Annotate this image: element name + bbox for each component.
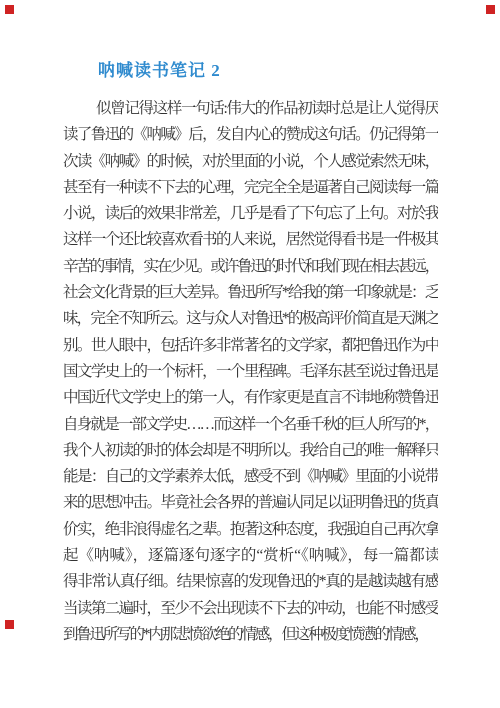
corner-mark-bottom-left-icon	[5, 620, 14, 629]
text-line: 当读第二遍时，至少不会出现读不下去的冲动，也能不时感受	[63, 596, 438, 622]
corner-mark-top-right-icon	[486, 5, 495, 14]
document-title: 呐喊读书笔记 2	[98, 56, 221, 81]
text-line: 得非常认真仔细。结果惊喜的发现鲁迅的*真的是越读越有感觉，	[63, 569, 438, 595]
text-line: 似曾记得这样一句话:伟大的作品初读时总是让人觉得厌烦。	[63, 96, 438, 122]
text-line: 甚至有一种读不下去的心理，完完全全是逼著自己阅读每一篇	[63, 175, 438, 201]
text-line: 小说，读后的效果非常差，几乎是看了下句忘了上句。对於我	[63, 201, 438, 227]
text-line: 味，完全不知所云。这与众人对鲁迅*的极高评价简直是天渊之	[63, 306, 438, 332]
text-line: 我个人初读的时的体会却是不明所以。我给自己的唯一解释只	[63, 438, 438, 464]
text-line: 辛苦的事情，实在少见。或许鲁迅的时代和我们现在相去甚远，	[63, 254, 438, 280]
text-line: 次读《呐喊》的时候，对於里面的小说，个人感觉索然无味，	[63, 149, 438, 175]
paragraph: 似曾记得这样一句话:伟大的作品初读时总是让人觉得厌烦。读了鲁迅的《呐喊》后，发自…	[63, 96, 438, 648]
text-line: 别。世人眼中，包括许多非常著名的文学家，都把鲁迅作为中	[63, 333, 438, 359]
text-line: 起《呐喊》，逐篇逐句逐字的“赏析“《呐喊》，每一篇都读	[63, 543, 438, 569]
text-line: 到鲁迅所写的*内那悲愤欲绝的情感，但这种极度愤懑的情感，	[63, 622, 438, 648]
text-line: 价实，绝非浪得虚名之辈。抱著这种态度，我强迫自己再次拿	[63, 517, 438, 543]
text-line: 自身就是一部文学史……而这样一个名垂千秋的巨人所写的*，	[63, 412, 438, 438]
text-line: 国文学史上的一个标杆，一个里程碑。毛泽东甚至说过鲁迅是	[63, 359, 438, 385]
document-page: 呐喊读书笔记 2 似曾记得这样一句话:伟大的作品初读时总是让人觉得厌烦。读了鲁迅…	[0, 0, 500, 708]
text-line: 社会文化背景的巨大差异。鲁迅所写*给我的第一印象就是：乏	[63, 280, 438, 306]
text-line: 来的思想冲击。毕竟社会各界的普遍认同足以证明鲁迅的货真	[63, 490, 438, 516]
text-line: 能是：自己的文学素养太低，感受不到《呐喊》里面的小说带	[63, 464, 438, 490]
text-line: 这样一个还比较喜欢看书的人来说，居然觉得看书是一件极其	[63, 227, 438, 253]
corner-mark-top-left-icon	[5, 5, 14, 14]
text-line: 中国近代文学史上的第一人，有作家更是直言不讳地称赞鲁迅	[63, 385, 438, 411]
text-line: 读了鲁迅的《呐喊》后，发自内心的赞成这句话。仍记得第一	[63, 122, 438, 148]
